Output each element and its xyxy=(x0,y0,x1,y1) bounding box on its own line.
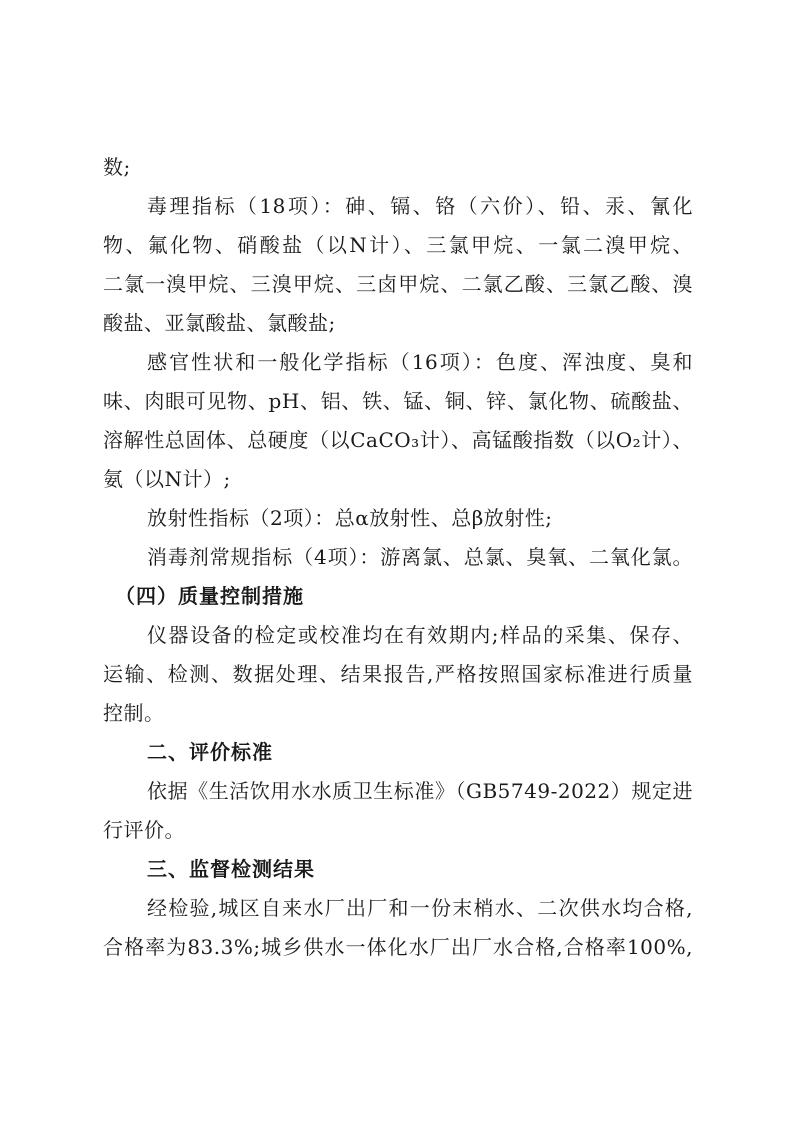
section-heading-evaluation-standard: 二、评价标准 xyxy=(103,733,693,772)
paragraph-disinfectant-indicators: 消毒剂常规指标（4项）：游离氯、总氯、臭氧、二氧化氯。 xyxy=(103,538,693,577)
document-page: 数; 毒理指标（18项）：砷、镉、铬（六价）、铅、汞、氰化 物、氟化物、硝酸盐（… xyxy=(103,148,693,967)
paragraph-line: 溶解性总固体、总硬度（以CaCO₃计）、高锰酸指数（以O₂计）、 xyxy=(103,421,693,460)
section-heading-quality-control: （四）质量控制措施 xyxy=(103,577,693,616)
paragraph-line: 行评价。 xyxy=(103,811,693,850)
paragraph-monitoring-results: 经检验,城区自来水厂出厂和一份末梢水、二次供水均合格, xyxy=(103,889,693,928)
paragraph-line: 二氯一溴甲烷、三溴甲烷、三卤甲烷、二氯乙酸、三氯乙酸、溴 xyxy=(103,265,693,304)
paragraph-quality-control: 仪器设备的检定或校准均在有效期内;样品的采集、保存、 xyxy=(103,616,693,655)
paragraph-line: 物、氟化物、硝酸盐（以N计）、三氯甲烷、一氯二溴甲烷、 xyxy=(103,226,693,265)
paragraph-sensory-chemical-indicators: 感官性状和一般化学指标（16项）：色度、浑浊度、臭和 xyxy=(103,343,693,382)
paragraph-line: 酸盐、亚氯酸盐、氯酸盐; xyxy=(103,304,693,343)
paragraph-line: 味、肉眼可见物、pH、铝、铁、锰、铜、锌、氯化物、硫酸盐、 xyxy=(103,382,693,421)
paragraph-toxicology-indicators: 毒理指标（18项）：砷、镉、铬（六价）、铅、汞、氰化 xyxy=(103,187,693,226)
paragraph-evaluation-standard: 依据《生活饮用水水质卫生标准》（GB5749-2022）规定进 xyxy=(103,772,693,811)
paragraph-line: 控制。 xyxy=(103,694,693,733)
paragraph-line: 氨（以N计）; xyxy=(103,460,693,499)
paragraph-line: 合格率为83.3%;城乡供水一体化水厂出厂水合格,合格率100%, xyxy=(103,928,693,967)
section-heading-monitoring-results: 三、监督检测结果 xyxy=(103,850,693,889)
paragraph-line: 数; xyxy=(103,148,693,187)
paragraph-radioactivity-indicators: 放射性指标（2项）：总α放射性、总β放射性; xyxy=(103,499,693,538)
paragraph-line: 运输、检测、数据处理、结果报告,严格按照国家标准进行质量 xyxy=(103,655,693,694)
